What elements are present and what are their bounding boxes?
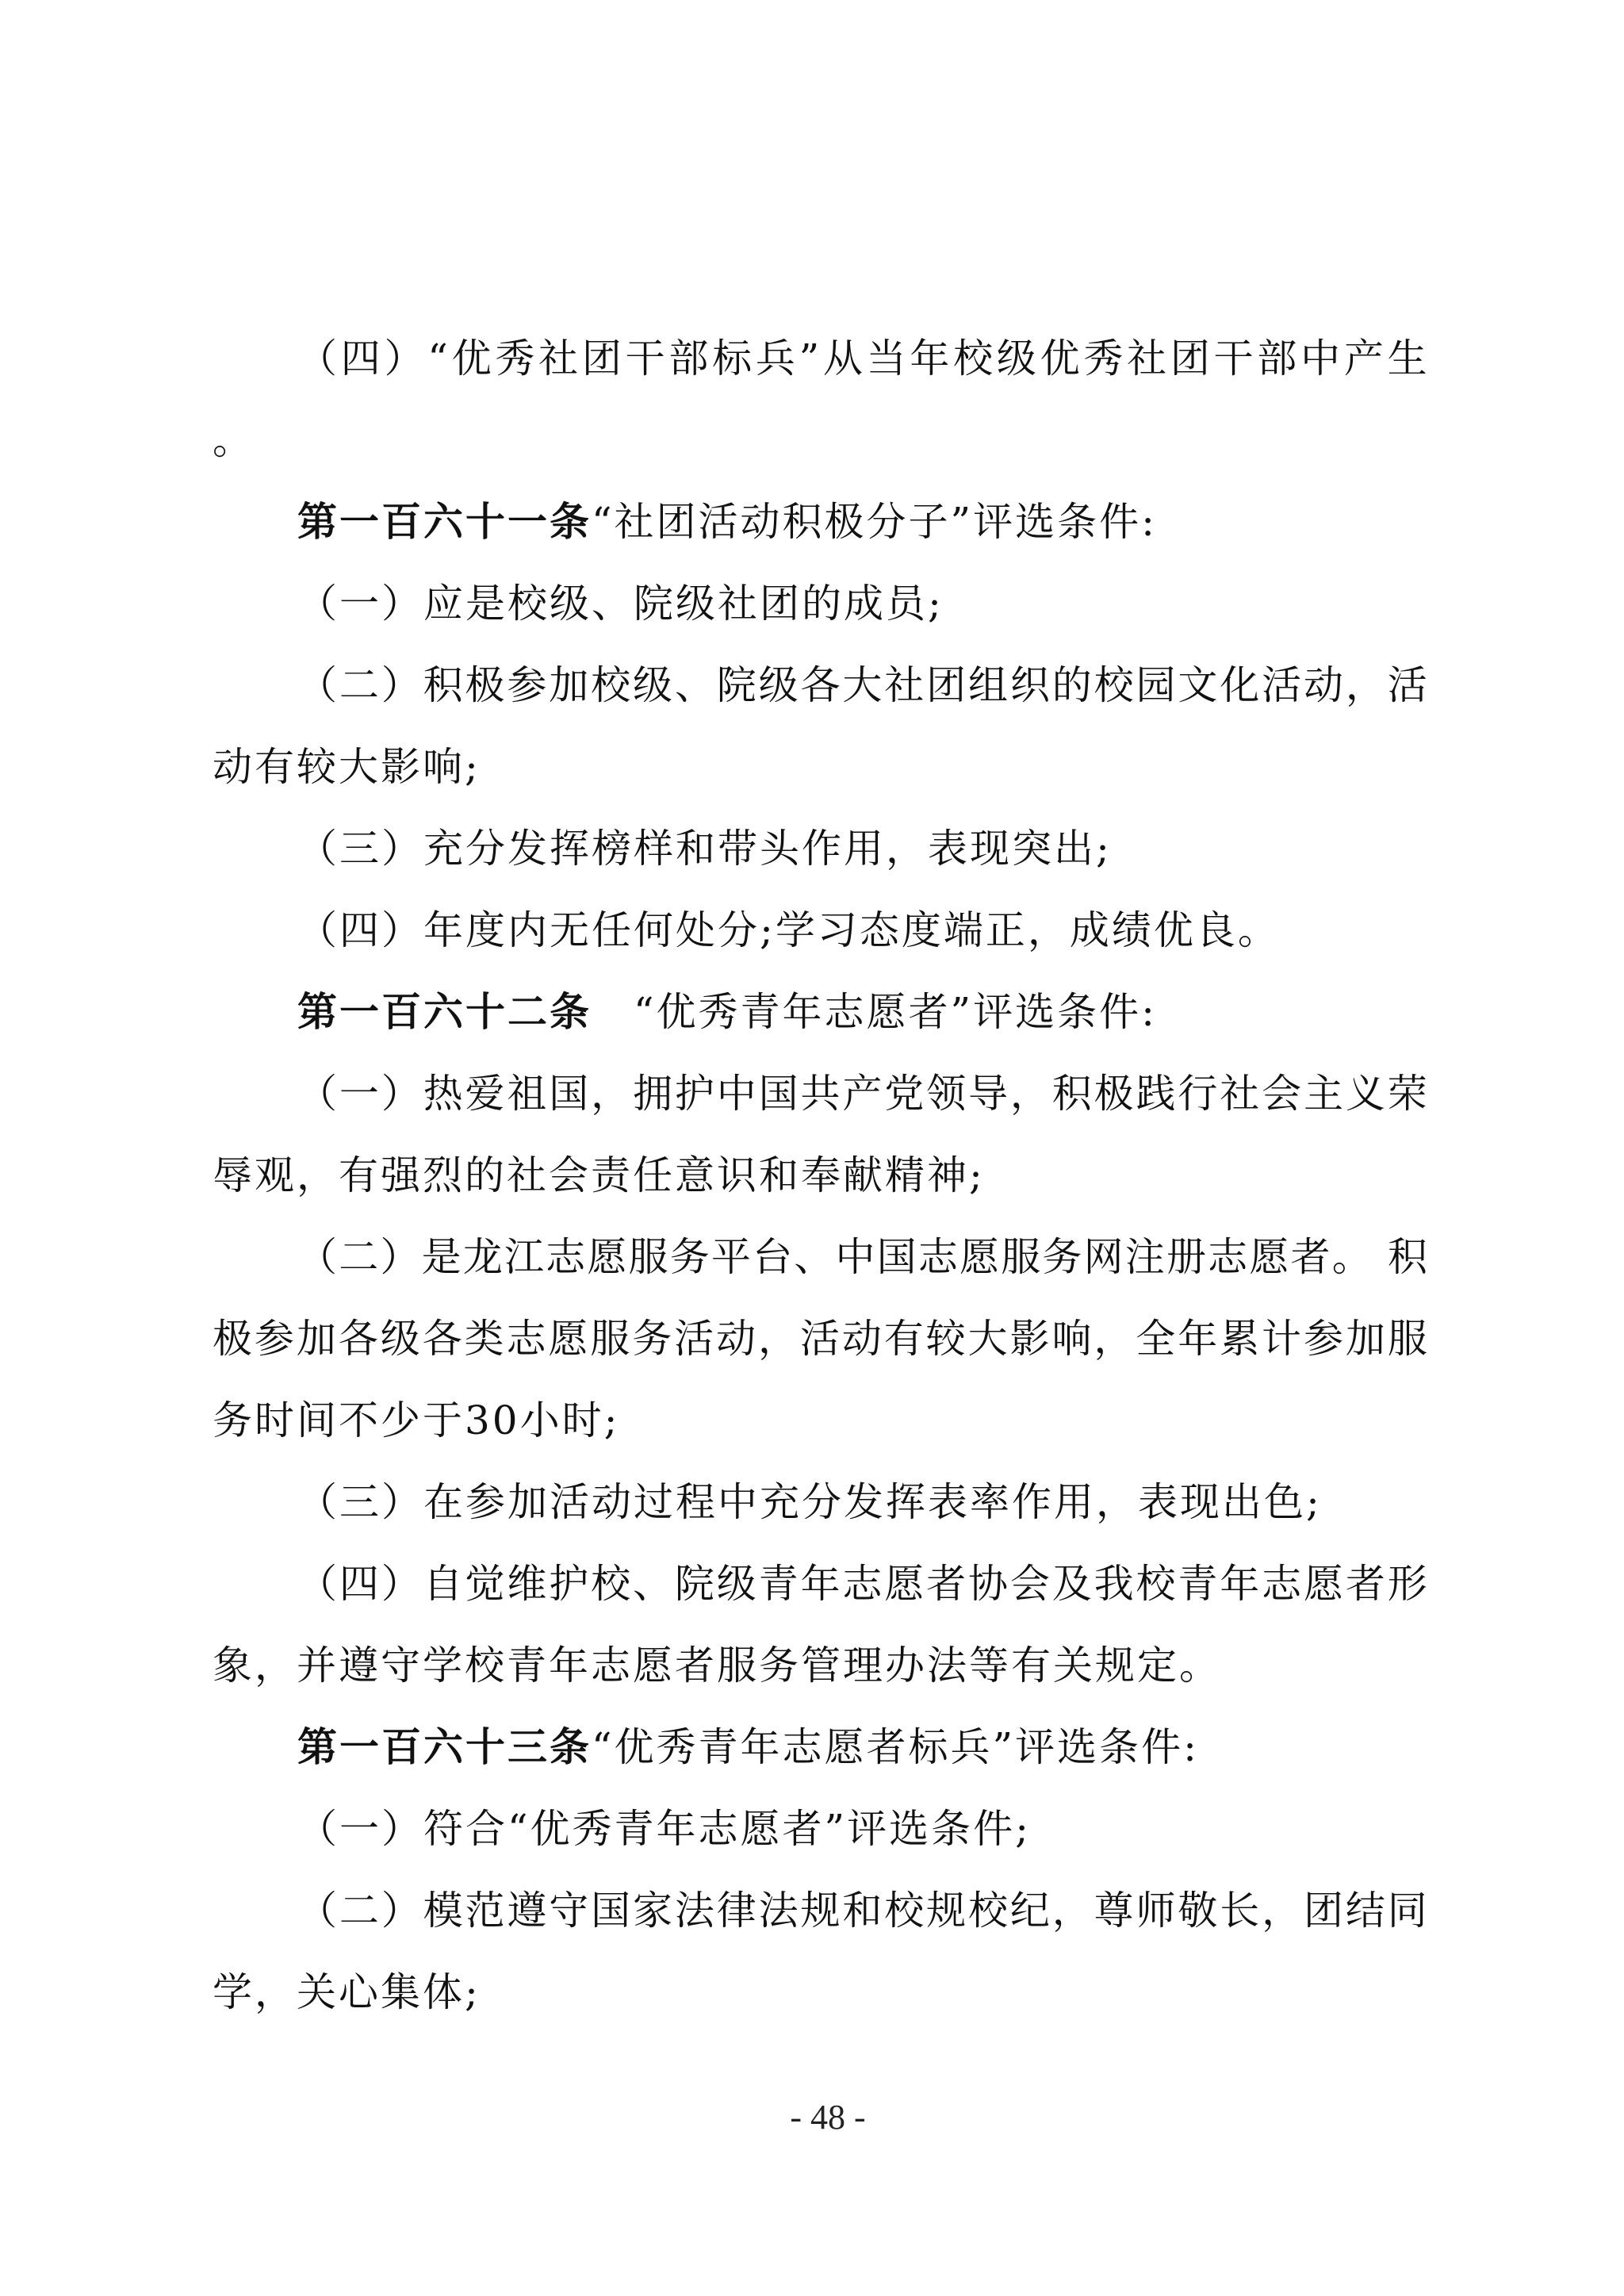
glyph: 注 [1125, 1217, 1165, 1298]
glyph: 拥 [633, 1053, 672, 1135]
glyph: 各 [801, 645, 841, 726]
glyph: 律 [717, 1870, 756, 1952]
glyph: 团 [1304, 1870, 1343, 1952]
glyph: 加 [1346, 1298, 1385, 1380]
glyph: ） [381, 645, 421, 726]
glyph: 极 [1094, 1053, 1134, 1135]
glyph: 文 [1178, 645, 1217, 726]
line-text: 动有较大影响; [213, 744, 481, 790]
glyph: 江 [504, 1217, 544, 1298]
glyph: 四 [339, 1543, 379, 1625]
glyph: 院 [675, 1543, 714, 1625]
glyph: ， [1262, 1870, 1301, 1952]
glyph: 秀 [1083, 318, 1123, 400]
glyph: ， [1346, 645, 1385, 726]
text-line: （四）“优秀社团干部标兵”从当年校级优秀社团干部中产生 [297, 318, 1427, 400]
article-number: 第一百六十一条 [297, 499, 592, 545]
text-line: （二）是龙江志愿服务平台、中国志愿服务网注册志愿者。 积 [297, 1217, 1427, 1298]
glyph: 长 [1220, 1870, 1259, 1952]
glyph: 优 [452, 318, 492, 400]
text-line: 动有较大影响; [213, 726, 1427, 808]
glyph: 。 [1332, 1217, 1372, 1298]
glyph: （ [297, 645, 337, 726]
glyph: 主 [1304, 1053, 1343, 1135]
glyph: 积 [1388, 1217, 1427, 1298]
glyph: 园 [1136, 645, 1176, 726]
line-text: 学，关心集体; [213, 1969, 481, 2015]
text-line: 学，关心集体; [213, 1952, 1427, 2033]
glyph: 社 [1220, 1053, 1259, 1135]
glyph: 活 [800, 1298, 840, 1380]
glyph: 校 [953, 318, 993, 400]
glyph: 师 [1136, 1870, 1176, 1952]
glyph: 积 [423, 645, 463, 726]
glyph: （ [297, 1217, 337, 1298]
line-text: “优秀青年志愿者”评选条件: [592, 989, 1157, 1035]
glyph: 的 [1052, 645, 1092, 726]
glyph: 当 [867, 318, 906, 400]
article-heading-line: 第一百六十三条“优秀青年志愿者标兵”评选条件: [297, 1707, 1427, 1788]
glyph: 极 [465, 645, 505, 726]
glyph: 国 [877, 1217, 917, 1298]
glyph: 、 [633, 1543, 672, 1625]
glyph: 国 [549, 1053, 588, 1135]
glyph: 同 [1388, 1870, 1427, 1952]
page-number: - 48 - [749, 2094, 907, 2141]
glyph: 服 [629, 1217, 668, 1298]
glyph: 动 [842, 1298, 882, 1380]
glyph: 生 [1388, 318, 1427, 400]
glyph: 爱 [465, 1053, 505, 1135]
glyph: 秀 [495, 318, 534, 400]
line-text: （四）年度内无任何处分;学习态度端正，成绩优良。 [297, 907, 1280, 953]
glyph: 较 [926, 1298, 966, 1380]
glyph: 院 [717, 645, 756, 726]
glyph: （ [297, 318, 337, 400]
text-line: （二）模范遵守国家法律法规和校规校纪，尊师敬长，团结同 [297, 1870, 1427, 1952]
glyph: 模 [423, 1870, 463, 1952]
glyph: 优 [1040, 318, 1080, 400]
glyph: 维 [507, 1543, 546, 1625]
glyph: ） [381, 1543, 421, 1625]
glyph: 护 [675, 1053, 714, 1135]
article-heading-line: 第一百六十二条 “优秀青年志愿者”评选条件: [297, 972, 1427, 1053]
text-line: 象，并遵守学校青年志愿者服务管理办法等有关规定。 [213, 1625, 1427, 1707]
text-line: （一）符合“优秀青年志愿者”评选条件; [297, 1788, 1427, 1870]
glyph: 校 [1094, 645, 1134, 726]
glyph: ， [758, 1298, 798, 1380]
document-page: （四）“优秀社团干部标兵”从当年校级优秀社团干部中产生。第一百六十一条“社团活动… [0, 0, 1624, 2296]
glyph [1373, 1217, 1386, 1298]
glyph: 国 [591, 1870, 630, 1952]
glyph: 中 [835, 1217, 875, 1298]
glyph: 愿 [548, 1298, 588, 1380]
glyph: ” [799, 318, 820, 400]
glyph: 活 [1262, 645, 1301, 726]
glyph: 部 [668, 318, 708, 400]
glyph: 敬 [1178, 1870, 1217, 1952]
glyph: 各 [423, 1298, 462, 1380]
glyph: 累 [1220, 1298, 1259, 1380]
glyph: 兵 [756, 318, 795, 400]
glyph: 级 [381, 1298, 420, 1380]
glyph: 一 [339, 1053, 379, 1135]
glyph: 愿 [1304, 1543, 1343, 1625]
glyph: 家 [633, 1870, 672, 1952]
glyph: 会 [1010, 1543, 1050, 1625]
glyph: ， [1010, 1053, 1050, 1135]
glyph: 青 [759, 1543, 799, 1625]
text-line: （一）应是校级、院级社团的成员; [297, 563, 1427, 645]
line-text: （三）充分发挥榜样和带头作用，表现突出; [297, 826, 1112, 872]
glyph: 志 [1208, 1217, 1247, 1298]
glyph: 志 [842, 1543, 882, 1625]
glyph: 国 [759, 1053, 799, 1135]
glyph: 法 [675, 1870, 714, 1952]
text-line: 极参加各级各类志愿服务活动，活动有较大影响，全年累计参加服 [213, 1298, 1427, 1380]
glyph: 、 [675, 645, 714, 726]
glyph: 计 [1262, 1298, 1301, 1380]
glyph: 中 [717, 1053, 756, 1135]
glyph: （ [297, 1053, 337, 1135]
glyph: 尊 [1094, 1870, 1134, 1952]
glyph: 四 [341, 318, 381, 400]
article-number: 第一百六十二条 [297, 989, 592, 1035]
glyph: （ [297, 1870, 337, 1952]
glyph: 校 [968, 1870, 1008, 1952]
glyph: 结 [1346, 1870, 1385, 1952]
glyph: 热 [423, 1053, 463, 1135]
glyph: 加 [297, 1298, 336, 1380]
glyph: 社 [1127, 318, 1166, 400]
glyph: 和 [842, 1870, 882, 1952]
glyph: 干 [626, 318, 665, 400]
glyph: 积 [1052, 1053, 1092, 1135]
glyph: 愿 [959, 1217, 999, 1298]
glyph: 服 [1388, 1298, 1427, 1380]
glyph: 务 [632, 1298, 672, 1380]
text-line: （一）热爱祖国，拥护中国共产党领导，积极践行社会主义荣 [297, 1053, 1427, 1135]
glyph: 社 [884, 645, 924, 726]
text-line: （三）充分发挥榜样和带头作用，表现突出; [297, 808, 1427, 890]
glyph: 形 [1388, 1543, 1427, 1625]
glyph: （ [297, 1543, 337, 1625]
glyph: 年 [1220, 1543, 1259, 1625]
text-line: 辱观，有强烈的社会责任意识和奉献精神; [213, 1135, 1427, 1217]
glyph: 护 [549, 1543, 588, 1625]
glyph: 践 [1136, 1053, 1176, 1135]
glyph: 及 [1052, 1543, 1092, 1625]
line-text: 务时间不少于30小时; [213, 1397, 619, 1443]
glyph: ） [381, 1053, 421, 1135]
glyph: 台 [753, 1217, 792, 1298]
glyph: 全 [1136, 1298, 1175, 1380]
glyph: 愿 [884, 1543, 924, 1625]
glyph: 务 [1042, 1217, 1082, 1298]
glyph: 干 [1214, 318, 1254, 400]
glyph: 大 [842, 645, 882, 726]
glyph: 校 [591, 1543, 630, 1625]
glyph: 组 [968, 645, 1008, 726]
glyph: 、 [794, 1217, 833, 1298]
glyph: 二 [339, 1217, 378, 1298]
glyph: 荣 [1388, 1053, 1427, 1135]
glyph: 校 [884, 1870, 924, 1952]
text-line: （四）年度内无任何处分;学习态度端正，成绩优良。 [297, 890, 1427, 972]
glyph: 行 [1178, 1053, 1217, 1135]
glyph: 级 [633, 645, 672, 726]
glyph: 平 [711, 1217, 751, 1298]
glyph: 二 [339, 645, 379, 726]
glyph: ， [591, 1053, 630, 1135]
line-text: （一）符合“优秀青年志愿者”评选条件; [297, 1806, 1031, 1852]
line-text: “社团活动积极分子”评选条件: [592, 499, 1157, 545]
glyph: 义 [1346, 1053, 1385, 1135]
glyph: 影 [1010, 1298, 1050, 1380]
glyph: 觉 [465, 1543, 505, 1625]
glyph: 志 [546, 1217, 585, 1298]
glyph: 愿 [587, 1217, 626, 1298]
glyph: “ [427, 318, 448, 400]
glyph: 级 [759, 645, 799, 726]
glyph: 网 [1084, 1217, 1124, 1298]
glyph: 祖 [507, 1053, 546, 1135]
glyph: ， [1094, 1298, 1133, 1380]
glyph: 校 [591, 645, 630, 726]
glyph: 规 [801, 1870, 841, 1952]
glyph: 活 [674, 1298, 714, 1380]
glyph: ， [1052, 1870, 1092, 1952]
glyph: 产 [1344, 318, 1384, 400]
glyph: 者 [926, 1543, 966, 1625]
glyph: 是 [422, 1217, 462, 1298]
glyph: 产 [842, 1053, 882, 1135]
glyph: ） [380, 1217, 419, 1298]
text-line: （四）自觉维护校、院级青年志愿者协会及我校青年志愿者形 [297, 1543, 1427, 1625]
glyph: 化 [1220, 645, 1259, 726]
glyph: 类 [465, 1298, 504, 1380]
glyph: 者 [1346, 1543, 1385, 1625]
glyph: 二 [339, 1870, 379, 1952]
glyph: 协 [968, 1543, 1008, 1625]
text-line: （三）在参加活动过程中充分发挥表率作用，表现出色; [297, 1462, 1427, 1543]
glyph: 务 [670, 1217, 710, 1298]
glyph: 级 [997, 318, 1036, 400]
glyph: 领 [926, 1053, 966, 1135]
glyph: 志 [1262, 1543, 1301, 1625]
glyph: 法 [759, 1870, 799, 1952]
glyph: 愿 [1249, 1217, 1289, 1298]
line-text: 辱观，有强烈的社会责任意识和奉献精神; [213, 1152, 985, 1198]
article-number: 第一百六十三条 [297, 1724, 592, 1770]
glyph: 年 [910, 318, 949, 400]
glyph: 标 [712, 318, 752, 400]
glyph: 动 [1304, 645, 1343, 726]
glyph: 遵 [507, 1870, 546, 1952]
line-text: 。 [213, 417, 255, 463]
glyph: 校 [1136, 1543, 1176, 1625]
text-line: 。 [213, 400, 1427, 481]
glyph: 范 [465, 1870, 505, 1952]
glyph: 有 [884, 1298, 924, 1380]
glyph: 部 [1257, 318, 1297, 400]
glyph: 团 [926, 645, 966, 726]
glyph: 服 [1001, 1217, 1040, 1298]
glyph: 团 [1170, 318, 1210, 400]
glyph: 年 [801, 1543, 841, 1625]
glyph: 规 [926, 1870, 966, 1952]
glyph: 党 [884, 1053, 924, 1135]
glyph: 服 [590, 1298, 630, 1380]
text-line: 务时间不少于30小时; [213, 1380, 1427, 1462]
glyph: 参 [255, 1298, 294, 1380]
glyph: 共 [801, 1053, 841, 1135]
article-heading-line: 第一百六十一条“社团活动积极分子”评选条件: [297, 481, 1427, 563]
glyph: ） [385, 318, 424, 400]
glyph: 从 [823, 318, 863, 400]
glyph: 活 [1388, 645, 1427, 726]
glyph: 志 [506, 1298, 546, 1380]
glyph: 我 [1094, 1543, 1134, 1625]
line-text: （一）应是校级、院级社团的成员; [297, 581, 944, 627]
glyph: 志 [918, 1217, 958, 1298]
text-line: （二）积极参加校级、院级各大社团组织的校园文化活动，活 [297, 645, 1427, 726]
glyph: 级 [717, 1543, 756, 1625]
glyph: 龙 [463, 1217, 503, 1298]
glyph: 年 [1178, 1298, 1217, 1380]
glyph: 极 [213, 1298, 252, 1380]
glyph: 参 [507, 645, 546, 726]
glyph: 青 [1178, 1543, 1217, 1625]
glyph: ） [381, 1870, 421, 1952]
glyph: 纪 [1010, 1870, 1050, 1952]
glyph: 参 [1304, 1298, 1343, 1380]
glyph: 册 [1166, 1217, 1206, 1298]
glyph: 大 [968, 1298, 1008, 1380]
glyph: 社 [538, 318, 578, 400]
glyph: 会 [1262, 1053, 1301, 1135]
glyph: 者 [1291, 1217, 1331, 1298]
glyph: 自 [423, 1543, 463, 1625]
glyph: 加 [549, 645, 588, 726]
glyph: 导 [968, 1053, 1008, 1135]
glyph: 动 [716, 1298, 756, 1380]
glyph: 团 [582, 318, 622, 400]
glyph: 织 [1010, 645, 1050, 726]
glyph: 各 [339, 1298, 378, 1380]
glyph: 守 [549, 1870, 588, 1952]
line-text: 象，并遵守学校青年志愿者服务管理办法等有关规定。 [213, 1642, 1221, 1688]
line-text: “优秀青年志愿者标兵”评选条件: [592, 1724, 1199, 1770]
glyph: 中 [1300, 318, 1340, 400]
glyph: 响 [1051, 1298, 1091, 1380]
line-text: （三）在参加活动过程中充分发挥表率作用，表现出色; [297, 1479, 1322, 1525]
